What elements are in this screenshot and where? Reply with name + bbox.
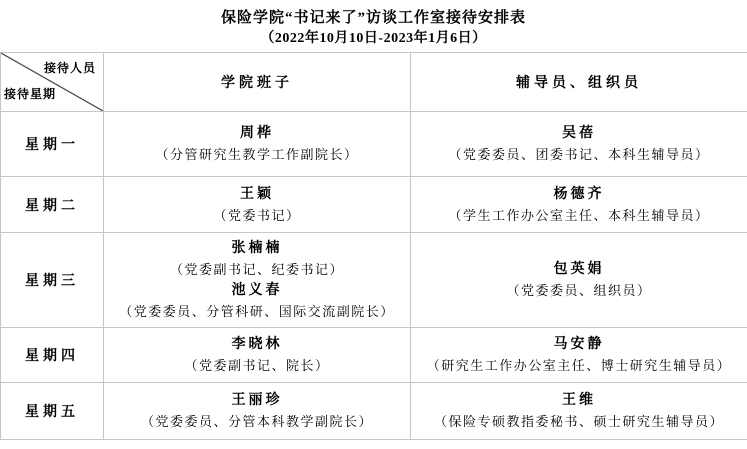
person-role: （学生工作办公室主任、本科生辅导员） (411, 205, 747, 226)
document-page: 保险学院“书记来了”访谈工作室接待安排表 （2022年10月10日-2023年1… (0, 0, 747, 449)
leadership-cell: 周桦 （分管研究生教学工作副院长） (104, 112, 411, 177)
person-role: （研究生工作办公室主任、博士研究生辅导员） (411, 355, 747, 376)
person-name: 马安静 (411, 334, 747, 355)
person-entry: 王颖 （党委书记） (104, 184, 410, 226)
table-row-friday: 星期五 王丽珍 （党委委员、分管本科教学副院长） 王维 （保险专硕教指委秘书、硕… (1, 383, 747, 440)
day-cell: 星期四 (1, 328, 104, 383)
table-row-tuesday: 星期二 王颖 （党委书记） 杨德齐 （学生工作办公室主任、本科生辅导员） (1, 177, 747, 233)
person-entry: 杨德齐 （学生工作办公室主任、本科生辅导员） (411, 184, 747, 226)
person-entry: 张楠楠 （党委副书记、纪委书记） (104, 238, 410, 280)
person-entry: 马安静 （研究生工作办公室主任、博士研究生辅导员） (411, 334, 747, 376)
leadership-cell: 李晓林 （党委副书记、院长） (104, 328, 411, 383)
person-name: 周桦 (104, 123, 410, 144)
header-row: 接待人员 接待星期 学院班子 辅导员、组织员 (1, 53, 747, 112)
person-entry: 吴蓓 （党委委员、团委书记、本科生辅导员） (411, 123, 747, 165)
person-name: 包英娟 (411, 259, 747, 280)
person-role: （党委书记） (104, 205, 410, 226)
counselor-cell: 王维 （保险专硕教指委秘书、硕士研究生辅导员） (411, 383, 747, 440)
day-cell: 星期二 (1, 177, 104, 233)
person-name: 张楠楠 (104, 238, 410, 259)
counselor-cell: 吴蓓 （党委委员、团委书记、本科生辅导员） (411, 112, 747, 177)
title-block: 保险学院“书记来了”访谈工作室接待安排表 （2022年10月10日-2023年1… (0, 0, 747, 49)
day-cell: 星期五 (1, 383, 104, 440)
day-cell: 星期一 (1, 112, 104, 177)
person-name: 王维 (411, 390, 747, 411)
person-name: 李晓林 (104, 334, 410, 355)
page-subtitle: （2022年10月10日-2023年1月6日） (0, 29, 747, 49)
leadership-cell: 王颖 （党委书记） (104, 177, 411, 233)
table-row-wednesday: 星期三 张楠楠 （党委副书记、纪委书记） 池义春 （党委委员、分管科研、国际交流… (1, 233, 747, 328)
leadership-cell: 王丽珍 （党委委员、分管本科教学副院长） (104, 383, 411, 440)
counselor-cell: 包英娟 （党委委员、组织员） (411, 233, 747, 328)
corner-label-weekday: 接待星期 (4, 85, 56, 102)
table-row-thursday: 星期四 李晓林 （党委副书记、院长） 马安静 （研究生工作办公室主任、博士研究生… (1, 328, 747, 383)
leadership-cell: 张楠楠 （党委副书记、纪委书记） 池义春 （党委委员、分管科研、国际交流副院长） (104, 233, 411, 328)
person-role: （党委副书记、纪委书记） (104, 259, 410, 280)
person-name: 杨德齐 (411, 184, 747, 205)
person-name: 王丽珍 (104, 390, 410, 411)
person-entry: 周桦 （分管研究生教学工作副院长） (104, 123, 410, 165)
person-entry: 包英娟 （党委委员、组织员） (411, 259, 747, 301)
counselor-cell: 马安静 （研究生工作办公室主任、博士研究生辅导员） (411, 328, 747, 383)
person-role: （党委委员、分管科研、国际交流副院长） (104, 301, 410, 322)
day-cell: 星期三 (1, 233, 104, 328)
person-role: （保险专硕教指委秘书、硕士研究生辅导员） (411, 411, 747, 432)
person-role: （党委副书记、院长） (104, 355, 410, 376)
counselor-cell: 杨德齐 （学生工作办公室主任、本科生辅导员） (411, 177, 747, 233)
page-title: 保险学院“书记来了”访谈工作室接待安排表 (0, 7, 747, 29)
person-role: （党委委员、组织员） (411, 280, 747, 301)
person-entry: 王维 （保险专硕教指委秘书、硕士研究生辅导员） (411, 390, 747, 432)
column-header-leadership: 学院班子 (104, 53, 411, 112)
person-name: 王颖 (104, 184, 410, 205)
person-name: 吴蓓 (411, 123, 747, 144)
table-row-monday: 星期一 周桦 （分管研究生教学工作副院长） 吴蓓 （党委委员、团委书记、本科生辅… (1, 112, 747, 177)
person-role: （分管研究生教学工作副院长） (104, 144, 410, 165)
person-entry: 池义春 （党委委员、分管科研、国际交流副院长） (104, 280, 410, 322)
diagonal-header-cell: 接待人员 接待星期 (1, 53, 104, 112)
person-role: （党委委员、团委书记、本科生辅导员） (411, 144, 747, 165)
person-role: （党委委员、分管本科教学副院长） (104, 411, 410, 432)
person-entry: 王丽珍 （党委委员、分管本科教学副院长） (104, 390, 410, 432)
corner-label-personnel: 接待人员 (44, 59, 96, 76)
person-entry: 李晓林 （党委副书记、院长） (104, 334, 410, 376)
person-name: 池义春 (104, 280, 410, 301)
column-header-counselors: 辅导员、组织员 (411, 53, 747, 112)
reception-schedule-table: 接待人员 接待星期 学院班子 辅导员、组织员 星期一 周桦 （分管研究生教学工作… (0, 52, 747, 440)
